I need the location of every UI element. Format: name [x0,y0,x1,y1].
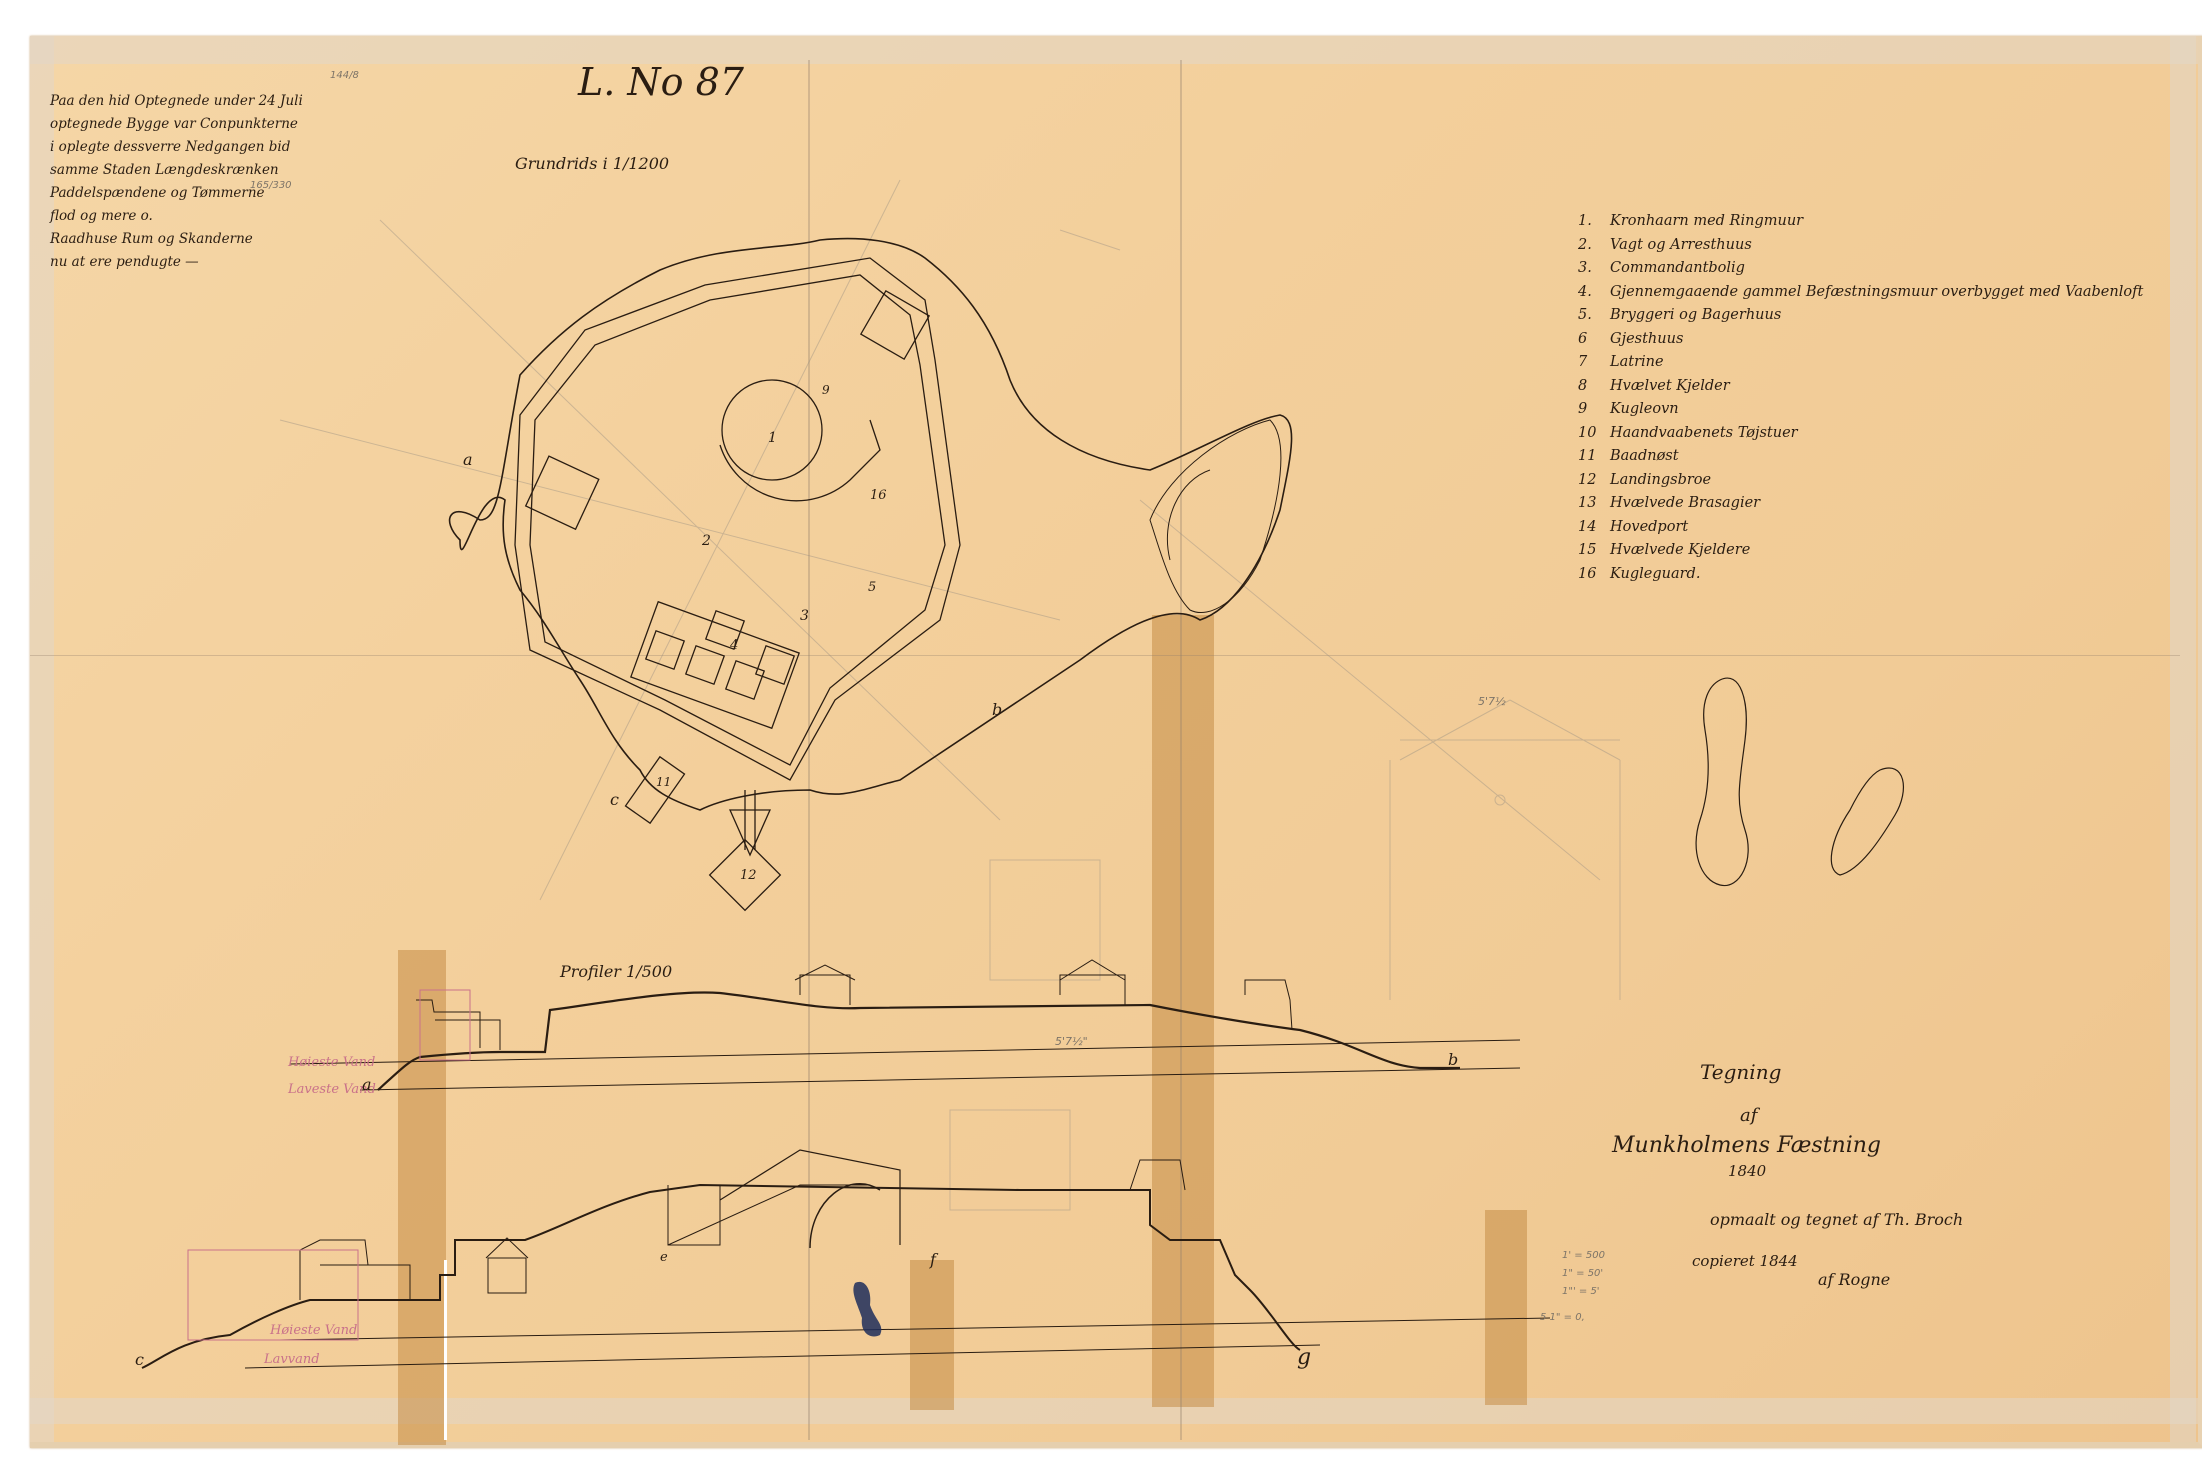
legend-item: 6Gjesthuus [1578,328,2143,352]
legend-item: 1.Kronhaarn med Ringmuur [1578,210,2143,234]
pencil-dimension: 144/8 [330,70,359,81]
legend-item: 7Latrine [1578,351,2143,375]
scale-note: 1"' = 5' [1562,1286,1600,1297]
ink-stain [853,1282,881,1337]
legend-item: 5.Bryggeri og Bagerhuus [1578,304,2143,328]
legend-item: 4.Gjennemgaaende gammel Befæstningsmuur … [1578,281,2143,305]
pencil-dimension: 5'7½ [1478,695,1506,708]
legend-item: 14Hovedport [1578,516,2143,540]
legend-item: 8Hvælvet Kjelder [1578,375,2143,399]
lower-profile-start-marker: c [135,1350,144,1369]
red-dimension-lines [188,990,470,1340]
note-line: Paa den hid Optegnede under 24 Juli [50,90,300,113]
legend-item: 15Hvælvede Kjeldere [1578,539,2143,563]
upper-profile-end-marker: b [1448,1050,1458,1069]
plan-label-3: 3 [800,608,809,624]
note-line: Raadhuse Rum og Skanderne [50,228,300,251]
note-line: i oplegte dessverre Nedgangen bid [50,136,300,159]
legend-item: 10Haandvaabenets Tøjstuer [1578,422,2143,446]
plan-label-16: 16 [870,488,887,503]
plan-label-12: 12 [740,868,757,883]
upper-high-water-label: Høieste Vand [288,1055,375,1070]
note-line: optegnede Bygge var Conpunkterne [50,113,300,136]
section-marker-a: a [463,450,473,469]
map-legend: 1.Kronhaarn med Ringmuur 2.Vagt og Arres… [1578,210,2143,586]
legend-item: 13Hvælvede Brasagier [1578,492,2143,516]
scale-note: 1' = 500 [1562,1250,1605,1261]
lower-profile-end-marker: g [1297,1345,1311,1370]
legend-item: 16Kugleguard. [1578,563,2143,587]
note-line: flod og mere o. [50,205,300,228]
title-line-2: af [1740,1105,1757,1126]
legend-item: 9Kugleovn [1578,398,2143,422]
plan-label-4: 4 [730,638,738,653]
pencil-dimension: 165/330 [250,180,292,191]
plan-label-11: 11 [656,775,671,789]
pencil-construction-lines [280,180,1620,1210]
upper-profile [290,960,1520,1090]
lower-profile-marker-f: f [930,1250,936,1269]
lower-low-water-label: Lavvand [264,1352,320,1367]
title-year: 1840 [1728,1162,1766,1180]
copy-date: copieret 1844 [1692,1252,1798,1270]
title-line-1: Tegning [1700,1060,1781,1084]
plan-label-9: 9 [822,383,830,397]
legend-item: 11Baadnøst [1578,445,2143,469]
title-fortress-name: Munkholmens Fæstning [1612,1133,1881,1158]
legend-item: 2.Vagt og Arresthuus [1578,234,2143,258]
upper-profile-dimension: 5'7½" [1055,1035,1088,1048]
note-line: nu at ere pendugte — [50,251,300,274]
plan-label-2: 2 [702,533,711,549]
section-marker-c: c [610,790,619,809]
lower-profile-marker-e: e [660,1250,668,1265]
profile-caption: Profiler 1/500 [560,962,672,981]
section-marker-b: b [992,700,1002,719]
legend-item: 3.Commandantbolig [1578,257,2143,281]
scale-note: 5 1" = 0, [1540,1312,1585,1323]
reference-number: L. No 87 [578,60,744,104]
lower-high-water-label: Høieste Vand [270,1323,357,1338]
note-line: samme Staden Længdeskrænken [50,159,300,182]
surveyor-credit: opmaalt og tegnet af Th. Broch [1710,1210,1963,1229]
plan-label-1: 1 [768,430,777,446]
plan-caption: Grundrids i 1/1200 [515,154,669,173]
legend-item: 12Landingsbroe [1578,469,2143,493]
copyist-credit: af Rogne [1818,1270,1890,1289]
fortress-plan [515,258,960,910]
upper-profile-start-marker: a [362,1075,372,1094]
plan-label-5: 5 [868,580,876,595]
scale-note: 1" = 50' [1562,1268,1603,1279]
